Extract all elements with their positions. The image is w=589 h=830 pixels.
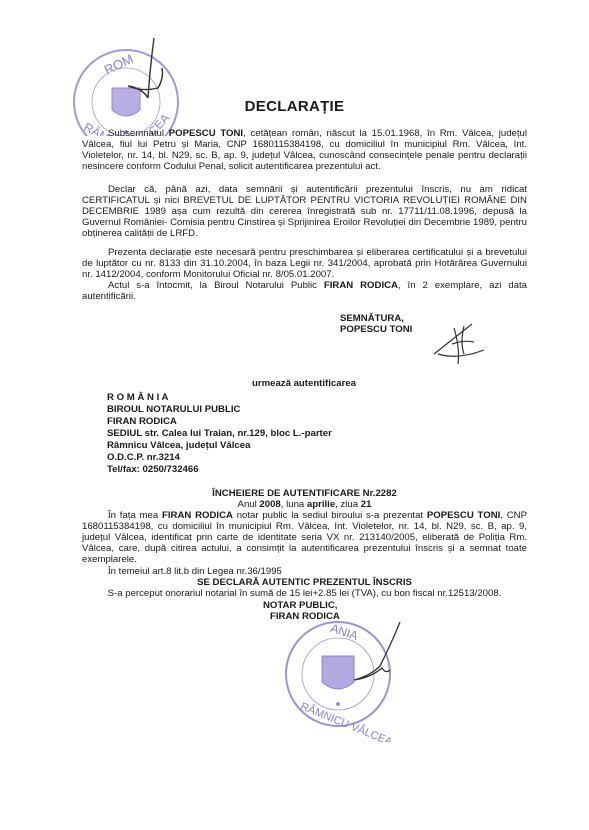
- notary-fee: S-a perceput onorariul notarial în sumă …: [82, 588, 527, 599]
- declaration-paragraph-4: Actul s-a întocmit, la Biroul Notarului …: [82, 280, 527, 302]
- follows-authentication: urmează autentificarea: [252, 378, 356, 389]
- declarant-name: POPESCU TONI: [169, 128, 243, 139]
- notary-stamp-top-icon: ROM RÂM CEA: [66, 36, 196, 136]
- notary-stamp-bottom-icon: ANIA RÂMNICU VÂLCEA: [278, 612, 408, 742]
- header-address: SEDIUL str. Calea lui Traian, nr.129, bl…: [107, 428, 332, 440]
- svg-text:ROM: ROM: [102, 51, 136, 77]
- header-country: R O M Â N I A: [107, 392, 168, 404]
- header-office: BIROUL NOTARULUI PUBLIC: [107, 404, 240, 416]
- declaration-paragraph-3: Prezenta declarație este necesară pentru…: [82, 247, 527, 280]
- conclusion-paragraph: În fața mea FIRAN RODICA notar public la…: [82, 510, 527, 565]
- declarant-signature-icon: [432, 318, 502, 366]
- signature-name: POPESCU TONI: [340, 324, 412, 335]
- notary-name-inline: FIRAN RODICA: [324, 280, 398, 291]
- svg-text:RÂMNICU VÂLCEA: RÂMNICU VÂLCEA: [299, 700, 395, 742]
- header-phone: Tel/fax: 0250/732466: [107, 464, 199, 476]
- header-notary: FIRAN RODICA: [107, 416, 177, 428]
- signature-label: SEMNĂTURA,: [340, 313, 404, 324]
- legal-basis: În temeiul art.8 lit.b din Legea nr.36/1…: [108, 566, 282, 577]
- authentic-declaration: SE DECLARĂ AUTENTIC PREZENTUL ÎNSCRIS: [82, 577, 527, 588]
- conclusion-title: ÎNCHEIERE DE AUTENTIFICARE Nr.2282: [82, 488, 527, 499]
- header-odcp: O.D.C.P. nr.3214: [107, 452, 180, 464]
- header-city: Râmnicu Vâlcea, județul Vâlcea: [107, 440, 250, 452]
- document-page: ROM RÂM CEA DECLARAȚIE Subsemnatul POPES…: [0, 0, 589, 830]
- declaration-paragraph-2: Declar că, până azi, data semnării și au…: [82, 184, 527, 239]
- document-title: DECLARAȚIE: [0, 98, 589, 115]
- conclusion-date: Anul 2008, luna aprilie, ziua 21: [82, 499, 527, 510]
- notary-label: NOTAR PUBLIC,: [263, 600, 337, 611]
- declaration-paragraph-1: Subsemnatul POPESCU TONI, cetățean român…: [82, 128, 527, 172]
